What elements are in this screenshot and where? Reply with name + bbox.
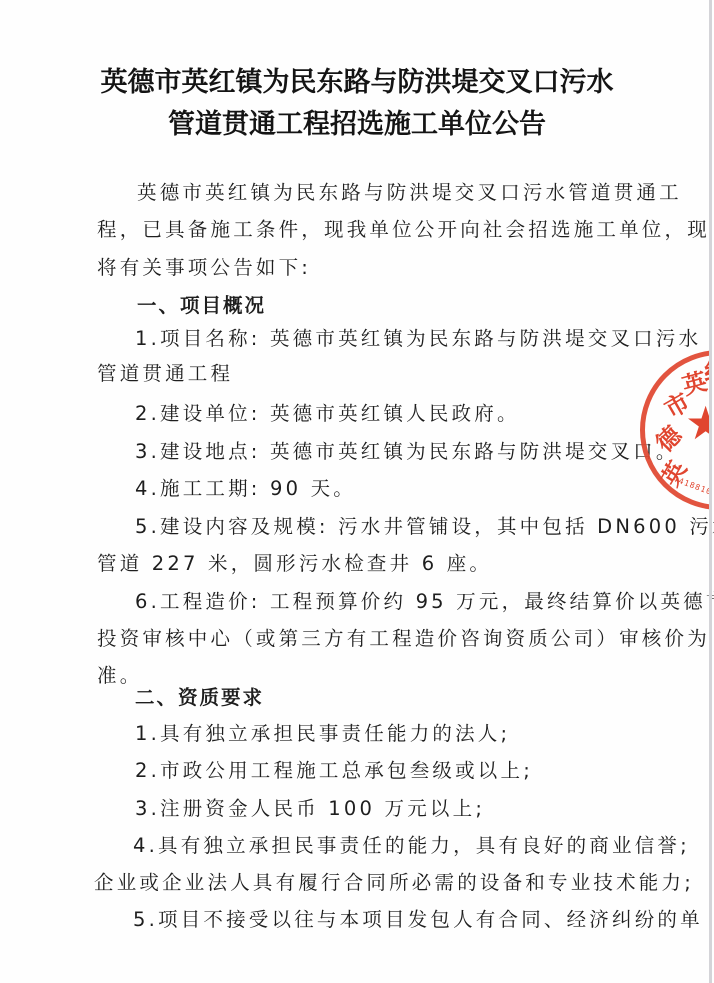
page-edge-divider [709,0,712,983]
seal-star-icon: ★ [685,400,709,446]
official-seal-area: 英 德 市 英 红 ★ 44188100 [0,0,709,983]
document-page: 英德市英红镇为民东路与防洪堤交叉口污水 管道贯通工程招选施工单位公告 英德市英红… [0,0,714,983]
